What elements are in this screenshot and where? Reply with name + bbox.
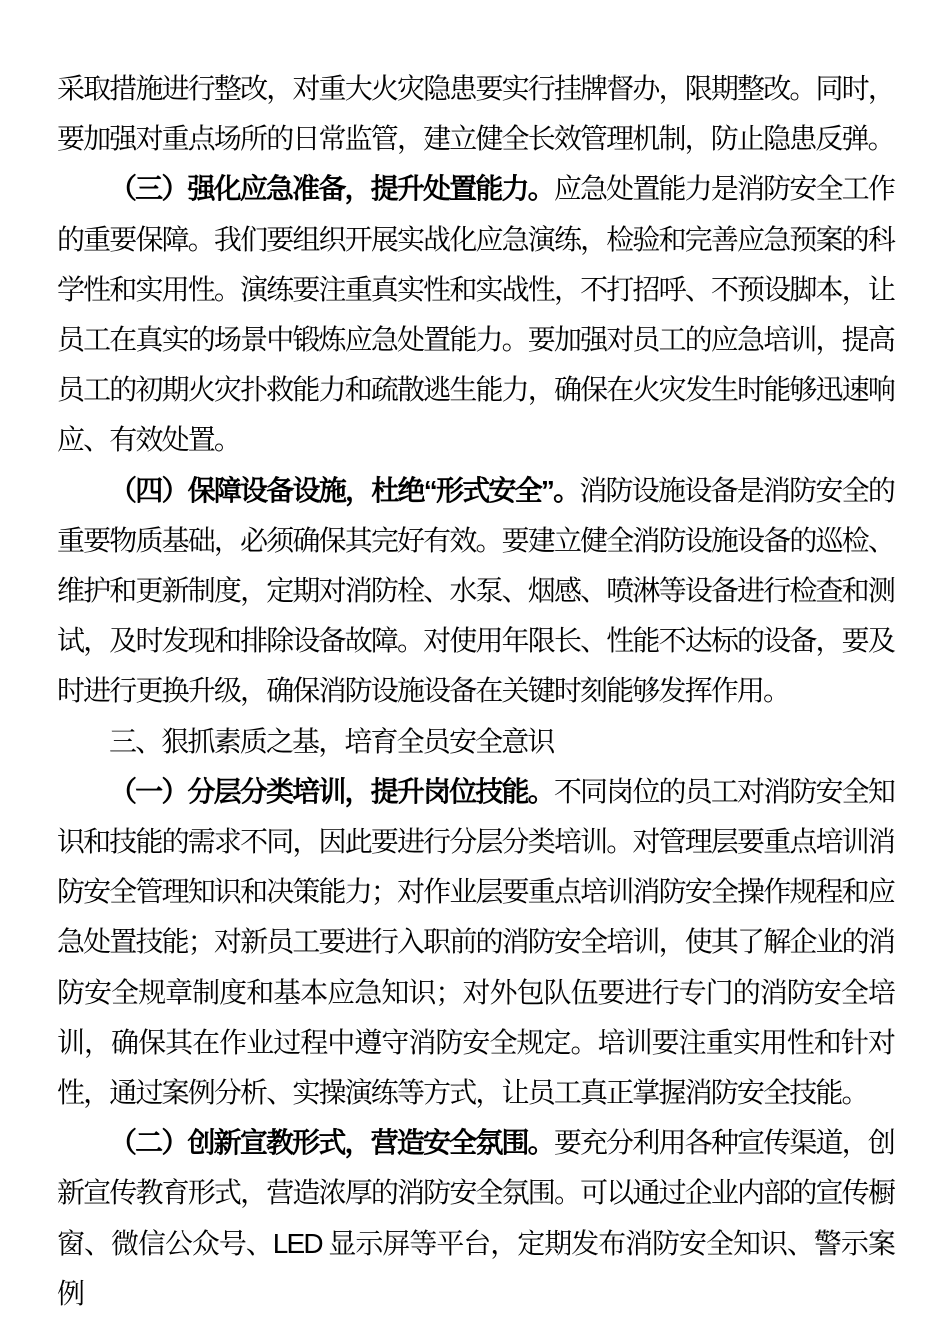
section-heading-three: 三、狠抓素质之基，培育全员安全意识: [57, 717, 894, 767]
paragraph-body-text: 消防设施设备是消防安全的重要物质基础，必须确保其完好有效。要建立健全消防设施设备…: [57, 475, 894, 707]
document-page: 采取措施进行整改，对重大火灾隐患要实行挂牌督办，限期整改。同时，要加强对重点场所…: [0, 0, 950, 1344]
run-in-heading: （二）创新宣教形式，营造安全氛围。: [109, 1127, 554, 1158]
run-in-heading: （四）保障设备设施，杜绝“形式安全”。: [109, 475, 579, 506]
paragraph-body-text: 采取措施进行整改，对重大火灾隐患要实行挂牌督办，限期整改。同时，要加强对重点场所…: [57, 73, 894, 154]
paragraph-section-4: （四）保障设备设施，杜绝“形式安全”。消防设施设备是消防安全的重要物质基础，必须…: [57, 466, 894, 717]
paragraph-body-text: 应急处置能力是消防安全工作的重要保障。我们要组织开展实战化应急演练，检验和完善应…: [57, 173, 894, 455]
run-in-heading: （三）强化应急准备，提升处置能力。: [109, 173, 554, 204]
paragraph-continuation: 采取措施进行整改，对重大火灾隐患要实行挂牌督办，限期整改。同时，要加强对重点场所…: [57, 64, 894, 164]
run-in-heading: （一）分层分类培训，提升岗位技能。: [109, 776, 554, 807]
paragraph-section-3: （三）强化应急准备，提升处置能力。应急处置能力是消防安全工作的重要保障。我们要组…: [57, 164, 894, 465]
paragraph-subsection-1: （一）分层分类培训，提升岗位技能。不同岗位的员工对消防安全知识和技能的需求不同，…: [57, 767, 894, 1118]
paragraph-body-text: 不同岗位的员工对消防安全知识和技能的需求不同，因此要进行分层分类培训。对管理层要…: [57, 776, 894, 1108]
document-text-block: 采取措施进行整改，对重大火灾隐患要实行挂牌督办，限期整改。同时，要加强对重点场所…: [57, 64, 894, 1319]
paragraph-subsection-2: （二）创新宣教形式，营造安全氛围。要充分利用各种宣传渠道，创新宣传教育形式，营造…: [57, 1118, 894, 1319]
section-heading-text: 三、狠抓素质之基，培育全员安全意识: [109, 726, 554, 757]
